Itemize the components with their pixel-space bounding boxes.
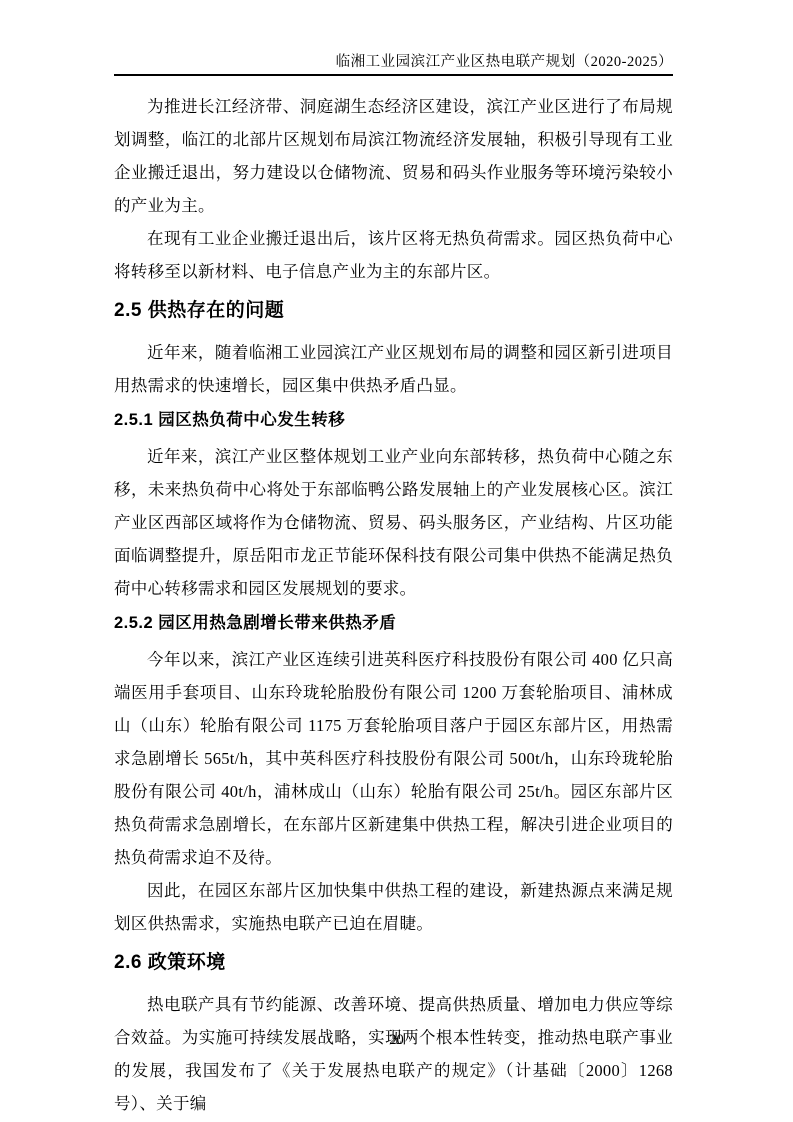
paragraph-2-5-2-conclusion: 因此，在园区东部片区加快集中供热工程的建设，新建热源点来满足规划区供热需求，实施… (114, 874, 673, 940)
document-body: 为推进长江经济带、洞庭湖生态经济区建设，滨江产业区进行了布局规划调整，临江的北部… (114, 90, 673, 1120)
subsection-heading-2-5-2: 2.5.2 园区用热急剧增长带来供热矛盾 (114, 611, 673, 635)
paragraph-2-5-1-body: 近年来，滨江产业区整体规划工业产业向东部转移，热负荷中心随之东移，未来热负荷中心… (114, 440, 673, 605)
page-number: 20 (389, 1032, 404, 1048)
section-heading-2-6: 2.6 政策环境 (114, 950, 673, 976)
page-footer: 20 (0, 1030, 793, 1050)
header-rule (114, 74, 673, 76)
paragraph-layout-adjustment: 为推进长江经济带、洞庭湖生态经济区建设，滨江产业区进行了布局规划调整，临江的北部… (114, 90, 673, 222)
page-header-title: 临湘工业园滨江产业区热电联产规划（2020-2025） (114, 0, 673, 72)
section-heading-2-5: 2.5 供热存在的问题 (114, 298, 673, 324)
paragraph-2-5-intro: 近年来，随着临湘工业园滨江产业区规划布局的调整和园区新引进项目用热需求的快速增长… (114, 336, 673, 402)
paragraph-2-5-2-body: 今年以来，滨江产业区连续引进英科医疗科技股份有限公司 400 亿只高端医用手套项… (114, 643, 673, 874)
page-header: 临湘工业园滨江产业区热电联产规划（2020-2025） (114, 0, 673, 76)
paragraph-2-6-body: 热电联产具有节约能源、改善环境、提高供热质量、增加电力供应等综合效益。为实施可持… (114, 988, 673, 1120)
subsection-heading-2-5-1: 2.5.1 园区热负荷中心发生转移 (114, 408, 673, 432)
document-page: 临湘工业园滨江产业区热电联产规划（2020-2025） 为推进长江经济带、洞庭湖… (0, 0, 793, 1122)
paragraph-heat-load-shift-intro: 在现有工业企业搬迁退出后，该片区将无热负荷需求。园区热负荷中心将转移至以新材料、… (114, 222, 673, 288)
